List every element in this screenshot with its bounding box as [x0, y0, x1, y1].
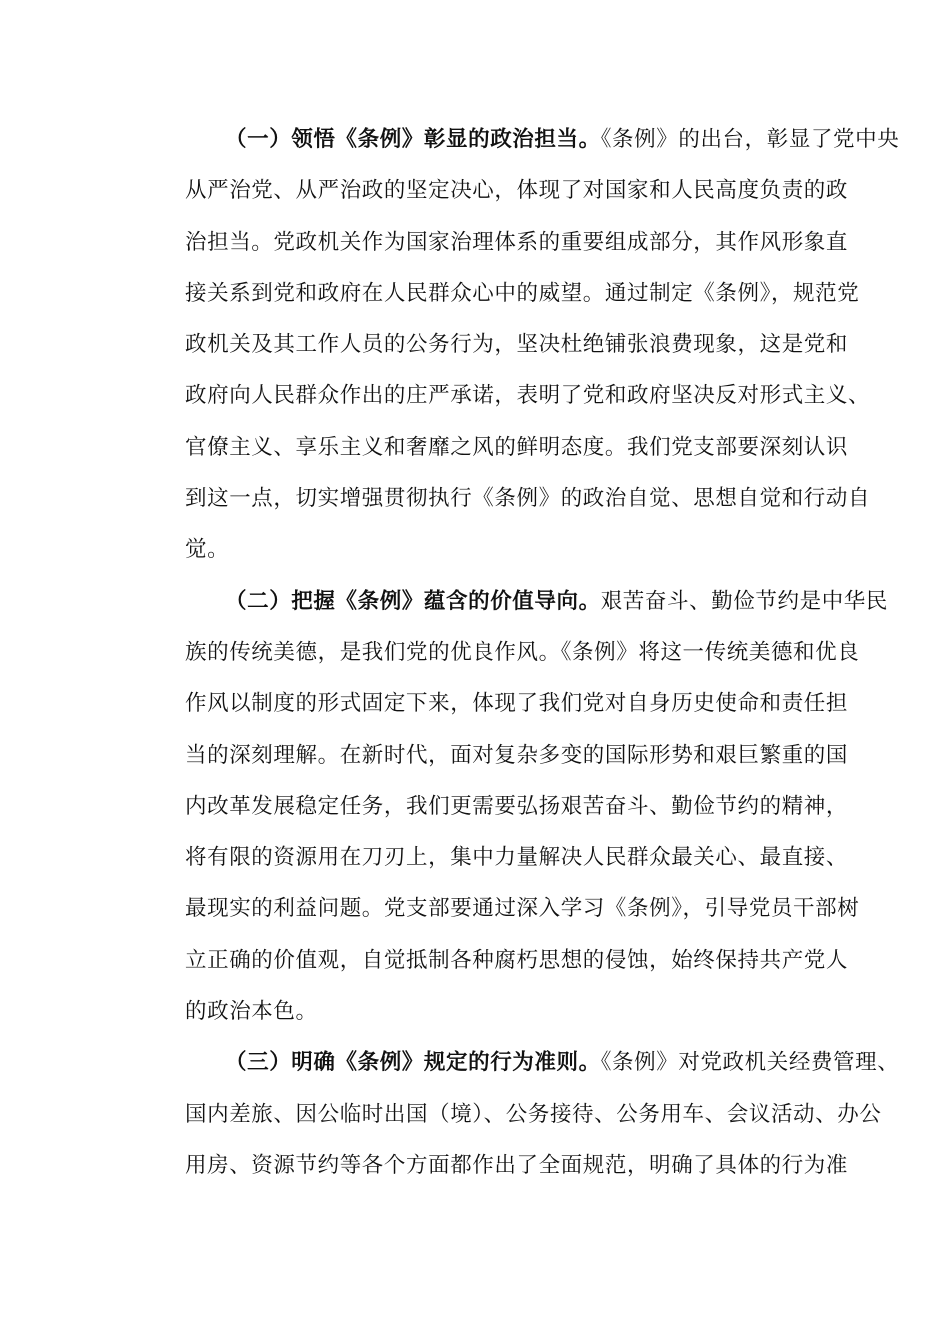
paragraph-heading: （三）明确《条例》规定的行为准则。 [225, 1050, 601, 1075]
paragraph-first-line: （二）把握《条例》蕴含的价值导向。艰苦奋斗、勤俭节约是中华民 [145, 576, 825, 627]
body-line: 接关系到党和政府在人民群众心中的威望。通过制定《条例》，规范党 [145, 268, 825, 319]
body-line: 立正确的价值观，自觉抵制各种腐朽思想的侵蚀，始终保持共产党人 [145, 935, 825, 986]
body-line: 内改革发展稳定任务，我们更需要弘扬艰苦奋斗、勤俭节约的精神， [145, 781, 825, 832]
paragraph-1: （一）领悟《条例》彰显的政治担当。《条例》的出台，彰显了党中央 从严治党、从严治… [145, 114, 825, 576]
paragraph-heading: （一）领悟《条例》彰显的政治担当。 [225, 127, 601, 152]
body-line: 当的深刻理解。在新时代，面对复杂多变的国际形势和艰巨繁重的国 [145, 730, 825, 781]
body-text: 艰苦奋斗、勤俭节约是中华民 [601, 589, 888, 614]
body-line: 国内差旅、因公临时出国（境）、公务接待、公务用车、会议活动、办公 [145, 1089, 825, 1140]
paragraph-first-line: （三）明确《条例》规定的行为准则。《条例》对党政机关经费管理、 [145, 1037, 825, 1088]
body-line: 作风以制度的形式固定下来，体现了我们党对自身历史使命和责任担 [145, 678, 825, 729]
document-page: （一）领悟《条例》彰显的政治担当。《条例》的出台，彰显了党中央 从严治党、从严治… [145, 114, 825, 1191]
body-text: 《条例》对党政机关经费管理、 [601, 1050, 900, 1075]
body-line: 族的传统美德，是我们党的优良作风。《条例》将这一传统美德和优良 [145, 627, 825, 678]
body-line: 用房、资源节约等各个方面都作出了全面规范，明确了具体的行为准 [145, 1140, 825, 1191]
paragraph-3: （三）明确《条例》规定的行为准则。《条例》对党政机关经费管理、 国内差旅、因公临… [145, 1037, 825, 1191]
body-line: 将有限的资源用在刀刃上，集中力量解决人民群众最关心、最直接、 [145, 832, 825, 883]
body-line: 政机关及其工作人员的公务行为，坚决杜绝铺张浪费现象，这是党和 [145, 319, 825, 370]
body-line: 从严治党、从严治政的坚定决心，体现了对国家和人民高度负责的政 [145, 165, 825, 216]
body-line: 觉。 [145, 524, 825, 575]
body-line: 官僚主义、享乐主义和奢靡之风的鲜明态度。我们党支部要深刻认识 [145, 422, 825, 473]
paragraph-2: （二）把握《条例》蕴含的价值导向。艰苦奋斗、勤俭节约是中华民 族的传统美德，是我… [145, 576, 825, 1038]
body-line: 的政治本色。 [145, 986, 825, 1037]
body-line: 治担当。党政机关作为国家治理体系的重要组成部分，其作风形象直 [145, 217, 825, 268]
body-line: 最现实的利益问题。党支部要通过深入学习《条例》，引导党员干部树 [145, 883, 825, 934]
paragraph-first-line: （一）领悟《条例》彰显的政治担当。《条例》的出台，彰显了党中央 [145, 114, 825, 165]
body-text: 《条例》的出台，彰显了党中央 [601, 127, 900, 152]
paragraph-heading: （二）把握《条例》蕴含的价值导向。 [225, 589, 601, 614]
body-line: 政府向人民群众作出的庄严承诺，表明了党和政府坚决反对形式主义、 [145, 370, 825, 421]
body-line: 到这一点，切实增强贯彻执行《条例》的政治自觉、思想自觉和行动自 [145, 473, 825, 524]
